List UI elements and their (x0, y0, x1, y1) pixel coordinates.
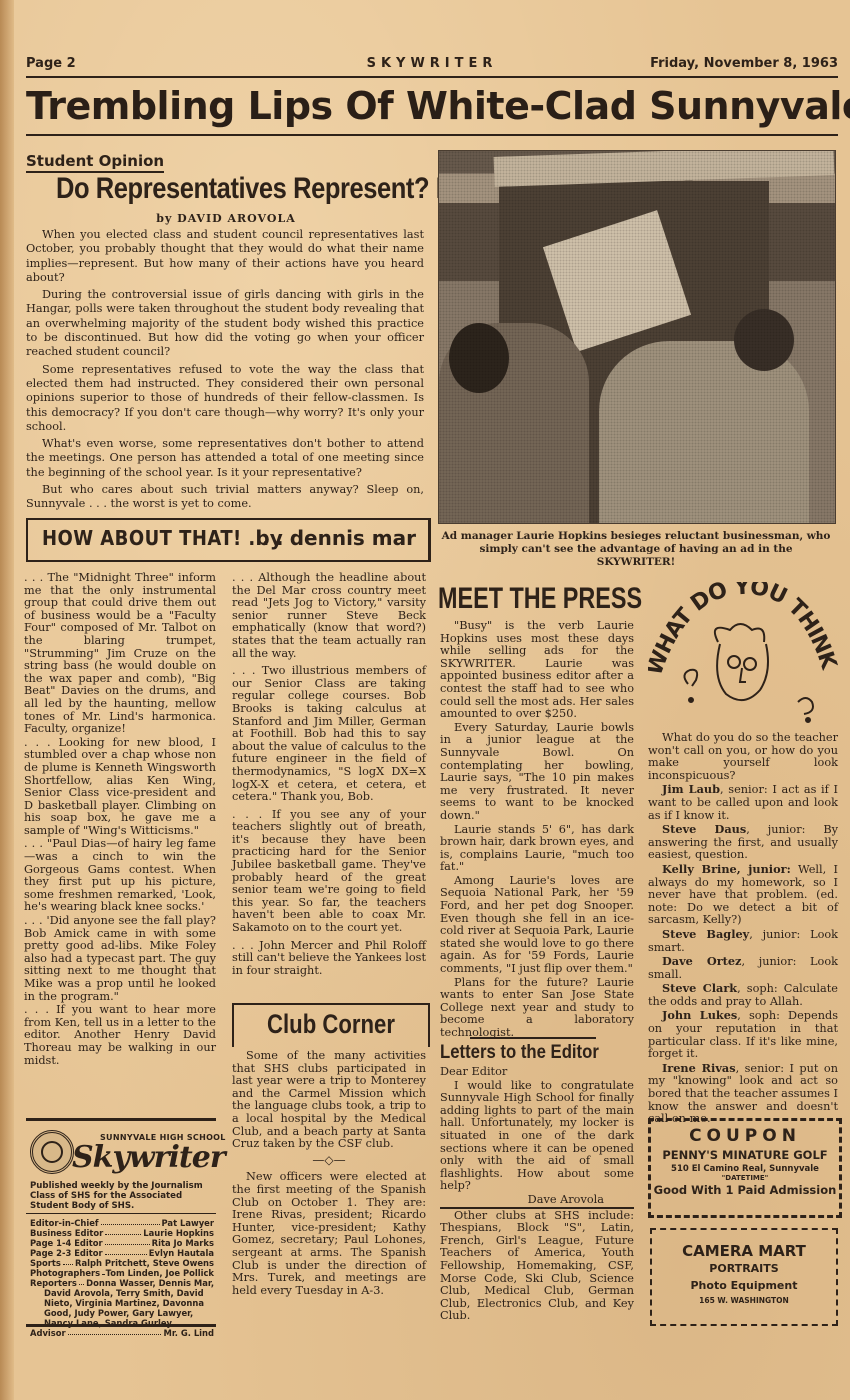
respondent-grade: , junior: (746, 823, 805, 836)
coupon-address: 510 El Camino Real, Sunnyvale (651, 1164, 839, 1174)
staff-reporters: David Arovola, Terry Smith, David Nieto,… (30, 1288, 214, 1328)
article-paragraph: But who cares about such trivial matters… (26, 483, 424, 512)
column-item: . . . "Paul Dias—of hairy leg fame—was a… (24, 838, 216, 914)
staff-row: Editor-in-ChiefPat Lawyer (30, 1218, 214, 1228)
masthead-rule (26, 1118, 216, 1121)
column-text-right: . . . Although the headline about the De… (232, 572, 426, 982)
article-paragraph: What's even worse, some representatives … (26, 437, 424, 480)
respondent-name: Steve Clark (662, 981, 737, 995)
coupon-heading: COUPON (651, 1126, 839, 1146)
letter-salutation: Dear Editor (440, 1066, 634, 1079)
svg-text:WHAT DO YOU THINK: WHAT DO YOU THINK (648, 582, 838, 679)
staff-role: Page 1-4 Editor (30, 1238, 103, 1248)
respondent-name: Steve Bagley (662, 927, 749, 941)
feature-body: "Busy" is the verb Laurie Hopkins uses m… (440, 620, 634, 1041)
camera-mart-ad: CAMERA MART PORTRAITS Photo Equipment 16… (650, 1228, 838, 1326)
letter-signature: Dave Arovola (440, 1194, 634, 1209)
wdyt-answer: Steve Bagley, junior: Look smart. (648, 928, 838, 954)
wdyt-answer: Steve Clark, soph: Calculate the odds an… (648, 982, 838, 1008)
staff-row: PhotographersTom Linden, Joe Pollick (30, 1268, 214, 1278)
staff-name: Donna Wasser, Dennis Mar, (86, 1278, 214, 1288)
wdyt-answer: Dave Ortez, junior: Look small. (648, 955, 838, 981)
article-byline: by DAVID AROVOLA (26, 212, 426, 225)
wdyt-answer: Irene Rivas, senior: I put on my "knowin… (648, 1062, 838, 1126)
club-paragraph: Other clubs at SHS include: Thespians, B… (440, 1210, 634, 1323)
ad-business-name: CAMERA MART (652, 1242, 836, 1260)
wdyt-body: What do you do so the teacher won't call… (648, 732, 838, 1127)
staff-name: Tom Linden, Joe Pollick (106, 1268, 214, 1278)
article-paragraph: During the controversial issue of girls … (26, 288, 424, 359)
staff-name: Rita Jo Marks (152, 1238, 214, 1248)
staff-row: Page 1-4 EditorRita Jo Marks (30, 1238, 214, 1248)
staff-row: Business EditorLaurie Hopkins (30, 1228, 214, 1238)
masthead-rule (26, 1324, 216, 1327)
feature-paragraph: Among Laurie's loves are Sequoia Nationa… (440, 875, 634, 976)
what-do-you-think-illustration: WHAT DO YOU THINK (648, 582, 838, 732)
respondent-name: John Lukes (662, 1008, 737, 1022)
staff-role: Business Editor (30, 1228, 103, 1238)
respondent-grade: , soph: (737, 982, 778, 995)
staff-name: Evlyn Hautala (149, 1248, 214, 1258)
column-item: . . . Two illustrious members of our Sen… (232, 665, 426, 804)
school-seal-icon (30, 1130, 74, 1174)
club-corner-header: Club Corner (232, 1003, 430, 1047)
respondent-name: Jim Laub (662, 782, 720, 796)
wdyt-question: What do you do so the teacher won't call… (648, 732, 838, 782)
respondent-name: Kelly Brine, junior: (662, 862, 791, 876)
ad-line: Photo Equipment (652, 1279, 836, 1292)
respondent-grade: , soph: (737, 1009, 780, 1022)
page-edge (0, 0, 14, 1400)
staff-row: SportsRalph Pritchett, Steve Owens (30, 1258, 214, 1268)
letters-title: Letters to the Editor (440, 1042, 599, 1064)
club-paragraph: New officers were elected at the first m… (232, 1171, 426, 1297)
staff-name: Mr. G. Lind (163, 1328, 214, 1338)
column-title: HOW ABOUT THAT! . . . (42, 526, 284, 550)
coupon-business: PENNY'S MINATURE GOLF (651, 1148, 839, 1162)
wdyt-answer: Jim Laub, senior: I act as if I want to … (648, 783, 838, 822)
coupon-tag: "DATETIME" (651, 1174, 839, 1182)
staff-row: AdvisorMr. G. Lind (30, 1328, 214, 1338)
column-item: . . . If you want to hear more from Ken,… (24, 1004, 216, 1067)
staff-row: ReportersDonna Wasser, Dennis Mar, (30, 1278, 214, 1288)
section-divider: —◇— (232, 1154, 426, 1167)
feature-paragraph: "Busy" is the verb Laurie Hopkins uses m… (440, 620, 634, 721)
column-item: . . . 'Did anyone see the fall play? Bob… (24, 915, 216, 1003)
column-item: . . . Although the headline about the De… (232, 572, 426, 660)
column-item: . . . If you see any of your teachers sl… (232, 809, 426, 935)
wdyt-title-text: WHAT DO YOU THINK (648, 582, 838, 679)
staff-role: Photographers (30, 1268, 100, 1278)
section-kicker: Student Opinion (26, 152, 164, 173)
masthead-rule (26, 1213, 216, 1214)
club-paragraph: Some of the many activities that SHS clu… (232, 1050, 426, 1151)
photo-caption: Ad manager Laurie Hopkins besieges reluc… (440, 530, 832, 569)
staff-role: Page 2-3 Editor (30, 1248, 103, 1258)
masthead-logo: Skywriter (72, 1140, 225, 1175)
respondent-name: Irene Rivas (662, 1061, 736, 1075)
column-text-left: . . . The "Midnight Three" inform me tha… (24, 572, 216, 1068)
feature-paragraph: Every Saturday, Laurie bowls in a junior… (440, 722, 634, 823)
staff-name: Pat Lawyer (162, 1218, 214, 1228)
article-paragraph: When you elected class and student counc… (26, 228, 424, 285)
column-item: . . . Looking for new blood, I stumbled … (24, 737, 216, 838)
coupon-ad: COUPON PENNY'S MINATURE GOLF 510 El Cami… (648, 1118, 842, 1218)
feature-paragraph: Laurie stands 5' 6", has dark brown hair… (440, 824, 634, 874)
halftone-texture (439, 151, 835, 523)
page-headline: Trembling Lips Of White-Clad Sunnyvale .… (26, 82, 838, 136)
letters-body: Dear Editor I would like to congratulate… (440, 1066, 634, 1324)
ad-address: 165 W. WASHINGTON (652, 1296, 836, 1305)
respondent-grade: , senior: (736, 1062, 784, 1075)
staff-role: Editor-in-Chief (30, 1218, 99, 1228)
column-item: . . . John Mercer and Phil Roloff still … (232, 940, 426, 978)
letters-rule (470, 1037, 596, 1039)
staff-box: Editor-in-ChiefPat Lawyer Business Edito… (30, 1218, 214, 1338)
column-byline: by dennis mar (255, 526, 416, 550)
wdyt-answer: John Lukes, soph: Depends on your reputa… (648, 1009, 838, 1060)
staff-role: Sports (30, 1258, 61, 1268)
column-item: . . . The "Midnight Three" inform me tha… (24, 572, 216, 736)
column-header-box: HOW ABOUT THAT! . . . by dennis mar (26, 518, 431, 562)
club-corner-title: Club Corner (251, 1009, 410, 1040)
article-title: Do Representatives Represent? NO! (56, 172, 396, 206)
letter-text: I would like to congratulate Sunnyvale H… (440, 1080, 634, 1193)
staff-role: Reporters (30, 1278, 77, 1288)
face-icon (684, 624, 813, 722)
masthead-publication-note: Published weekly by the Journalism Class… (30, 1181, 214, 1211)
staff-name: Ralph Pritchett, Steve Owens (75, 1258, 214, 1268)
feature-title: MEET THE PRESS (438, 582, 642, 616)
folio-bar: Page 2 SKYWRITER Friday, November 8, 196… (26, 56, 838, 78)
article-paragraph: Some representatives refused to vote the… (26, 363, 424, 434)
ad-line: PORTRAITS (652, 1262, 836, 1275)
feature-paragraph: Plans for the future? Laurie wants to en… (440, 977, 634, 1040)
wdyt-answer: Steve Daus, junior: By answering the fir… (648, 823, 838, 862)
article-body: When you elected class and student counc… (26, 228, 424, 515)
newspaper-page: Page 2 SKYWRITER Friday, November 8, 196… (0, 0, 850, 1400)
issue-date: Friday, November 8, 1963 (650, 56, 838, 71)
respondent-grade: , junior: (741, 955, 796, 968)
news-photo (438, 150, 836, 524)
staff-role: Advisor (30, 1328, 66, 1338)
respondent-name: Steve Daus (662, 822, 746, 836)
respondent-name: Dave Ortez (662, 954, 741, 968)
respondent-grade: , senior: (720, 783, 768, 796)
club-corner-body: Some of the many activities that SHS clu… (232, 1050, 426, 1298)
coupon-offer: Good With 1 Paid Admission (651, 1183, 839, 1197)
staff-row: Page 2-3 EditorEvlyn Hautala (30, 1248, 214, 1258)
wdyt-answer: Kelly Brine, junior: Well, I always do m… (648, 863, 838, 927)
respondent-grade: , junior: (749, 928, 800, 941)
staff-name: Laurie Hopkins (143, 1228, 214, 1238)
